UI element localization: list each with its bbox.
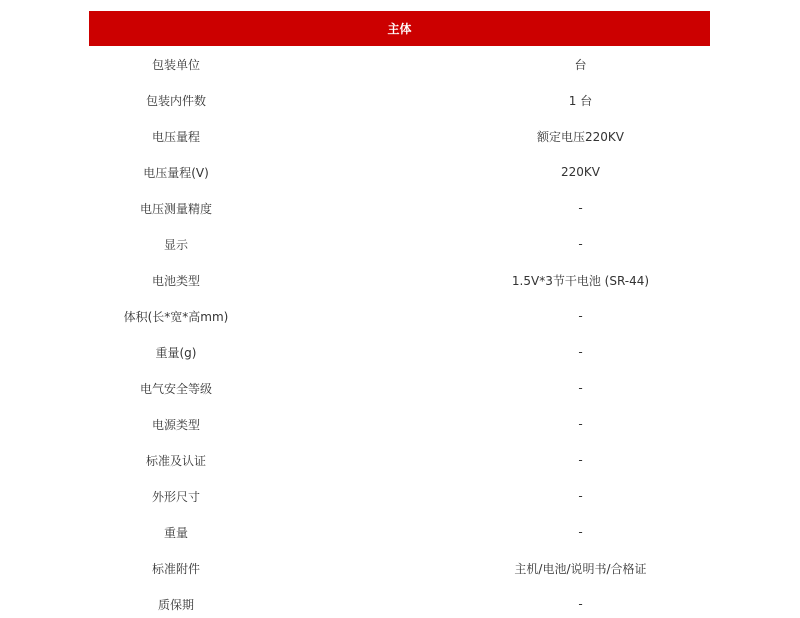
spec-value: 1.5V*3节干电池 (SR-44) xyxy=(263,272,710,289)
spec-row: 体积(长*宽*高mm)- xyxy=(89,298,710,334)
spec-row: 电气安全等级- xyxy=(89,370,710,406)
section-header: 主体 xyxy=(89,11,710,46)
spec-label: 标准附件 xyxy=(89,560,263,577)
spec-label: 电气安全等级 xyxy=(89,380,263,397)
spec-value: 220KV xyxy=(263,165,710,179)
spec-label: 包装单位 xyxy=(89,56,263,73)
spec-label: 质保期 xyxy=(89,596,263,613)
spec-row: 包装内件数1 台 xyxy=(89,82,710,118)
spec-row: 电压量程(V)220KV xyxy=(89,154,710,190)
spec-label: 电池类型 xyxy=(89,272,263,289)
spec-row: 电压测量精度- xyxy=(89,190,710,226)
spec-row: 外形尺寸- xyxy=(89,478,710,514)
spec-value: - xyxy=(263,417,710,431)
spec-value: - xyxy=(263,309,710,323)
spec-value: - xyxy=(263,345,710,359)
spec-row: 质保期- xyxy=(89,586,710,618)
spec-value: 台 xyxy=(263,56,710,73)
spec-label: 电源类型 xyxy=(89,416,263,433)
spec-value: 额定电压220KV xyxy=(263,128,710,145)
spec-value: - xyxy=(263,489,710,503)
spec-value: 主机/电池/说明书/合格证 xyxy=(263,560,710,577)
spec-row: 标准附件主机/电池/说明书/合格证 xyxy=(89,550,710,586)
spec-label: 体积(长*宽*高mm) xyxy=(89,308,263,325)
spec-label: 电压量程(V) xyxy=(89,164,263,181)
spec-label: 电压测量精度 xyxy=(89,200,263,217)
spec-row: 电源类型- xyxy=(89,406,710,442)
spec-label: 重量(g) xyxy=(89,344,263,361)
spec-row: 包装单位台 xyxy=(89,46,710,82)
spec-label: 包装内件数 xyxy=(89,92,263,109)
spec-label: 重量 xyxy=(89,524,263,541)
section-title: 主体 xyxy=(387,20,411,37)
spec-rows: 包装单位台包装内件数1 台电压量程额定电压220KV电压量程(V)220KV电压… xyxy=(89,46,710,618)
spec-label: 标准及认证 xyxy=(89,452,263,469)
spec-row: 重量(g)- xyxy=(89,334,710,370)
spec-value: - xyxy=(263,201,710,215)
spec-row: 电池类型1.5V*3节干电池 (SR-44) xyxy=(89,262,710,298)
spec-value: - xyxy=(263,525,710,539)
spec-value: - xyxy=(263,597,710,611)
spec-label: 电压量程 xyxy=(89,128,263,145)
spec-label: 显示 xyxy=(89,236,263,253)
spec-table: 主体 包装单位台包装内件数1 台电压量程额定电压220KV电压量程(V)220K… xyxy=(89,11,710,618)
spec-value: - xyxy=(263,381,710,395)
spec-row: 标准及认证- xyxy=(89,442,710,478)
spec-row: 电压量程额定电压220KV xyxy=(89,118,710,154)
spec-row: 显示- xyxy=(89,226,710,262)
spec-value: - xyxy=(263,453,710,467)
spec-value: 1 台 xyxy=(263,92,710,109)
spec-row: 重量- xyxy=(89,514,710,550)
spec-value: - xyxy=(263,237,710,251)
spec-label: 外形尺寸 xyxy=(89,488,263,505)
